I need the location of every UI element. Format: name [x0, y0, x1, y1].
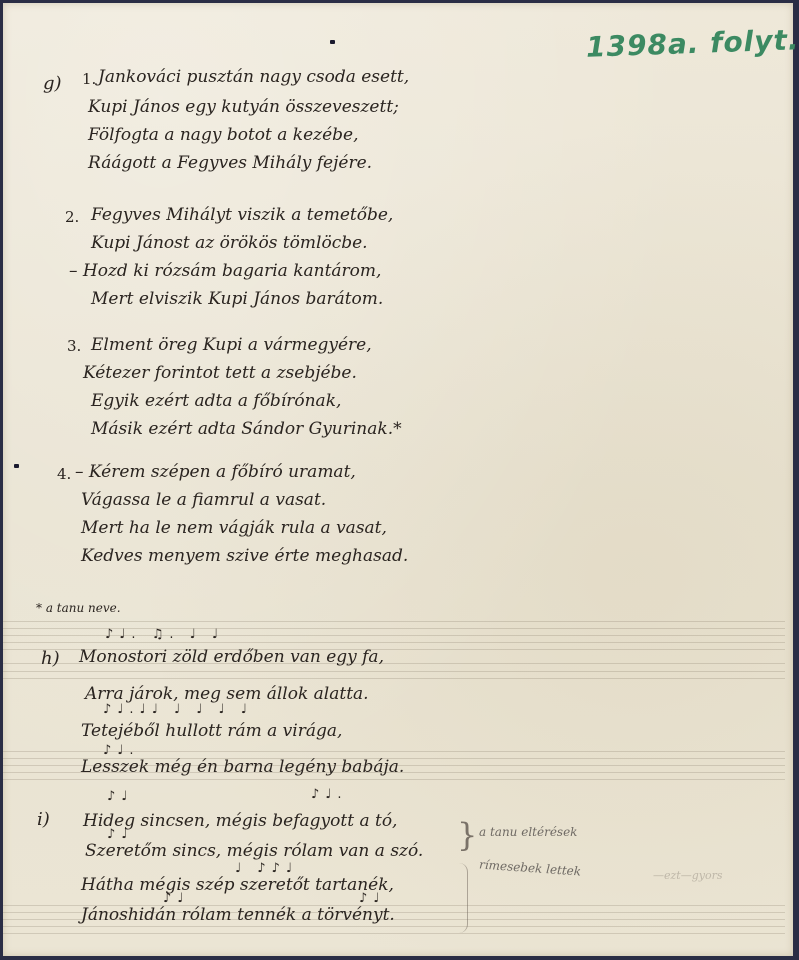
- verse-line: Jankováci pusztán nagy csoda esett,: [98, 63, 409, 91]
- music-notes: ♪♩.: [311, 787, 348, 802]
- stanza-g-2: Fegyves Mihályt viszik a temetőbe, Kupi …: [91, 201, 393, 257]
- stanza-number: 4.: [57, 465, 71, 483]
- margin-note-line1: a tanu eltérések: [479, 825, 577, 839]
- stanza-g-4: – Kérem szépen a főbíró uramat,: [75, 458, 356, 486]
- verse-line: Fegyves Mihályt viszik a temetőbe,: [91, 201, 393, 229]
- stanza-number: 2.: [65, 208, 79, 226]
- bracket-line: [459, 863, 468, 933]
- verse-line: Lesszek még én barna legény babája.: [81, 753, 404, 781]
- verse-line: Kupi János egy kutyán összeveszett;: [88, 93, 399, 121]
- verse-line: Egyik ezért adta a főbírónak,: [83, 387, 402, 415]
- verse-line: – Kérem szépen a főbíró uramat,: [75, 458, 356, 486]
- archive-number: 1398a. folyt.: [585, 23, 799, 63]
- verse-line: Jánoshidán rólam tennék a törvényt.: [81, 901, 395, 929]
- stanza-g-3-cont: Kétezer forintot tett a zsebjébe. Egyik …: [83, 359, 402, 443]
- music-notes: ♪♩.♩♩ ♩ ♩ ♩ ♩: [103, 702, 253, 717]
- stanza-h: Monostori zöld erdőben van egy fa,: [79, 643, 384, 671]
- stanza-i-line3: Hátha mégis szép szeretőt tartanék,: [81, 871, 394, 899]
- verse-line: Ráágott a Fegyves Mihály fejére.: [88, 149, 399, 177]
- verse-line: Vágassa le a fiamrul a vasat.: [81, 486, 408, 514]
- verse-line: Tetejéből hullott rám a virága,: [81, 717, 342, 745]
- verse-line: Másik ezért adta Sándor Gyurinak.*: [83, 415, 402, 443]
- faint-pencil-note: —ezt—gyors: [653, 869, 723, 882]
- verse-line: Kétezer forintot tett a zsebjébe.: [83, 359, 402, 387]
- stanza-g-2-cont: – Hozd ki rózsám bagaria kantárom, Mert …: [69, 257, 383, 313]
- verse-line: Fölfogta a nagy botot a kezébe,: [88, 121, 399, 149]
- curly-brace: }: [457, 816, 477, 854]
- stanza-h-line3: Tetejéből hullott rám a virága,: [81, 717, 342, 745]
- stanza-g-1-cont: Kupi János egy kutyán összeveszett; Fölf…: [88, 93, 399, 177]
- verse-line: Hátha mégis szép szeretőt tartanék,: [81, 871, 394, 899]
- section-label-g: g): [43, 73, 62, 94]
- verse-line: Elment öreg Kupi a vármegyére,: [91, 331, 372, 359]
- stanza-i-line4: Jánoshidán rólam tennék a törvényt.: [81, 901, 395, 929]
- stanza-number: 3.: [67, 337, 81, 355]
- music-notes: ♪♩: [107, 789, 133, 804]
- verse-line: Mert ha le nem vágják rula a vasat,: [81, 514, 408, 542]
- stanza-g-3: Elment öreg Kupi a vármegyére,: [91, 331, 372, 359]
- stanza-number: 1.: [82, 70, 96, 88]
- ink-speck: [330, 40, 335, 44]
- verse-line: – Hozd ki rózsám bagaria kantárom,: [69, 257, 383, 285]
- verse-line: Monostori zöld erdőben van egy fa,: [79, 643, 384, 671]
- section-label-h: h): [41, 648, 60, 669]
- margin-note-line2: rímesebek lettek: [479, 857, 582, 878]
- verse-line: Kupi Jánost az örökös tömlöcbe.: [91, 229, 393, 257]
- footnote: * a tanu neve.: [36, 601, 121, 615]
- ink-speck: [14, 464, 19, 468]
- stanza-g-1: Jankováci pusztán nagy csoda esett,: [98, 63, 409, 91]
- music-notes: ♪♩. ♫. ♩ ♩: [105, 627, 224, 642]
- verse-line: Mert elviszik Kupi János barátom.: [69, 285, 383, 313]
- section-label-i: i): [37, 809, 50, 830]
- stanza-h-line4: Lesszek még én barna legény babája.: [81, 753, 404, 781]
- stanza-g-4-cont: Vágassa le a fiamrul a vasat. Mert ha le…: [81, 486, 408, 570]
- verse-line: Kedves menyem szive érte meghasad.: [81, 542, 408, 570]
- manuscript-page: 1398a. folyt. g) 1. Jankováci pusztán na…: [3, 3, 793, 956]
